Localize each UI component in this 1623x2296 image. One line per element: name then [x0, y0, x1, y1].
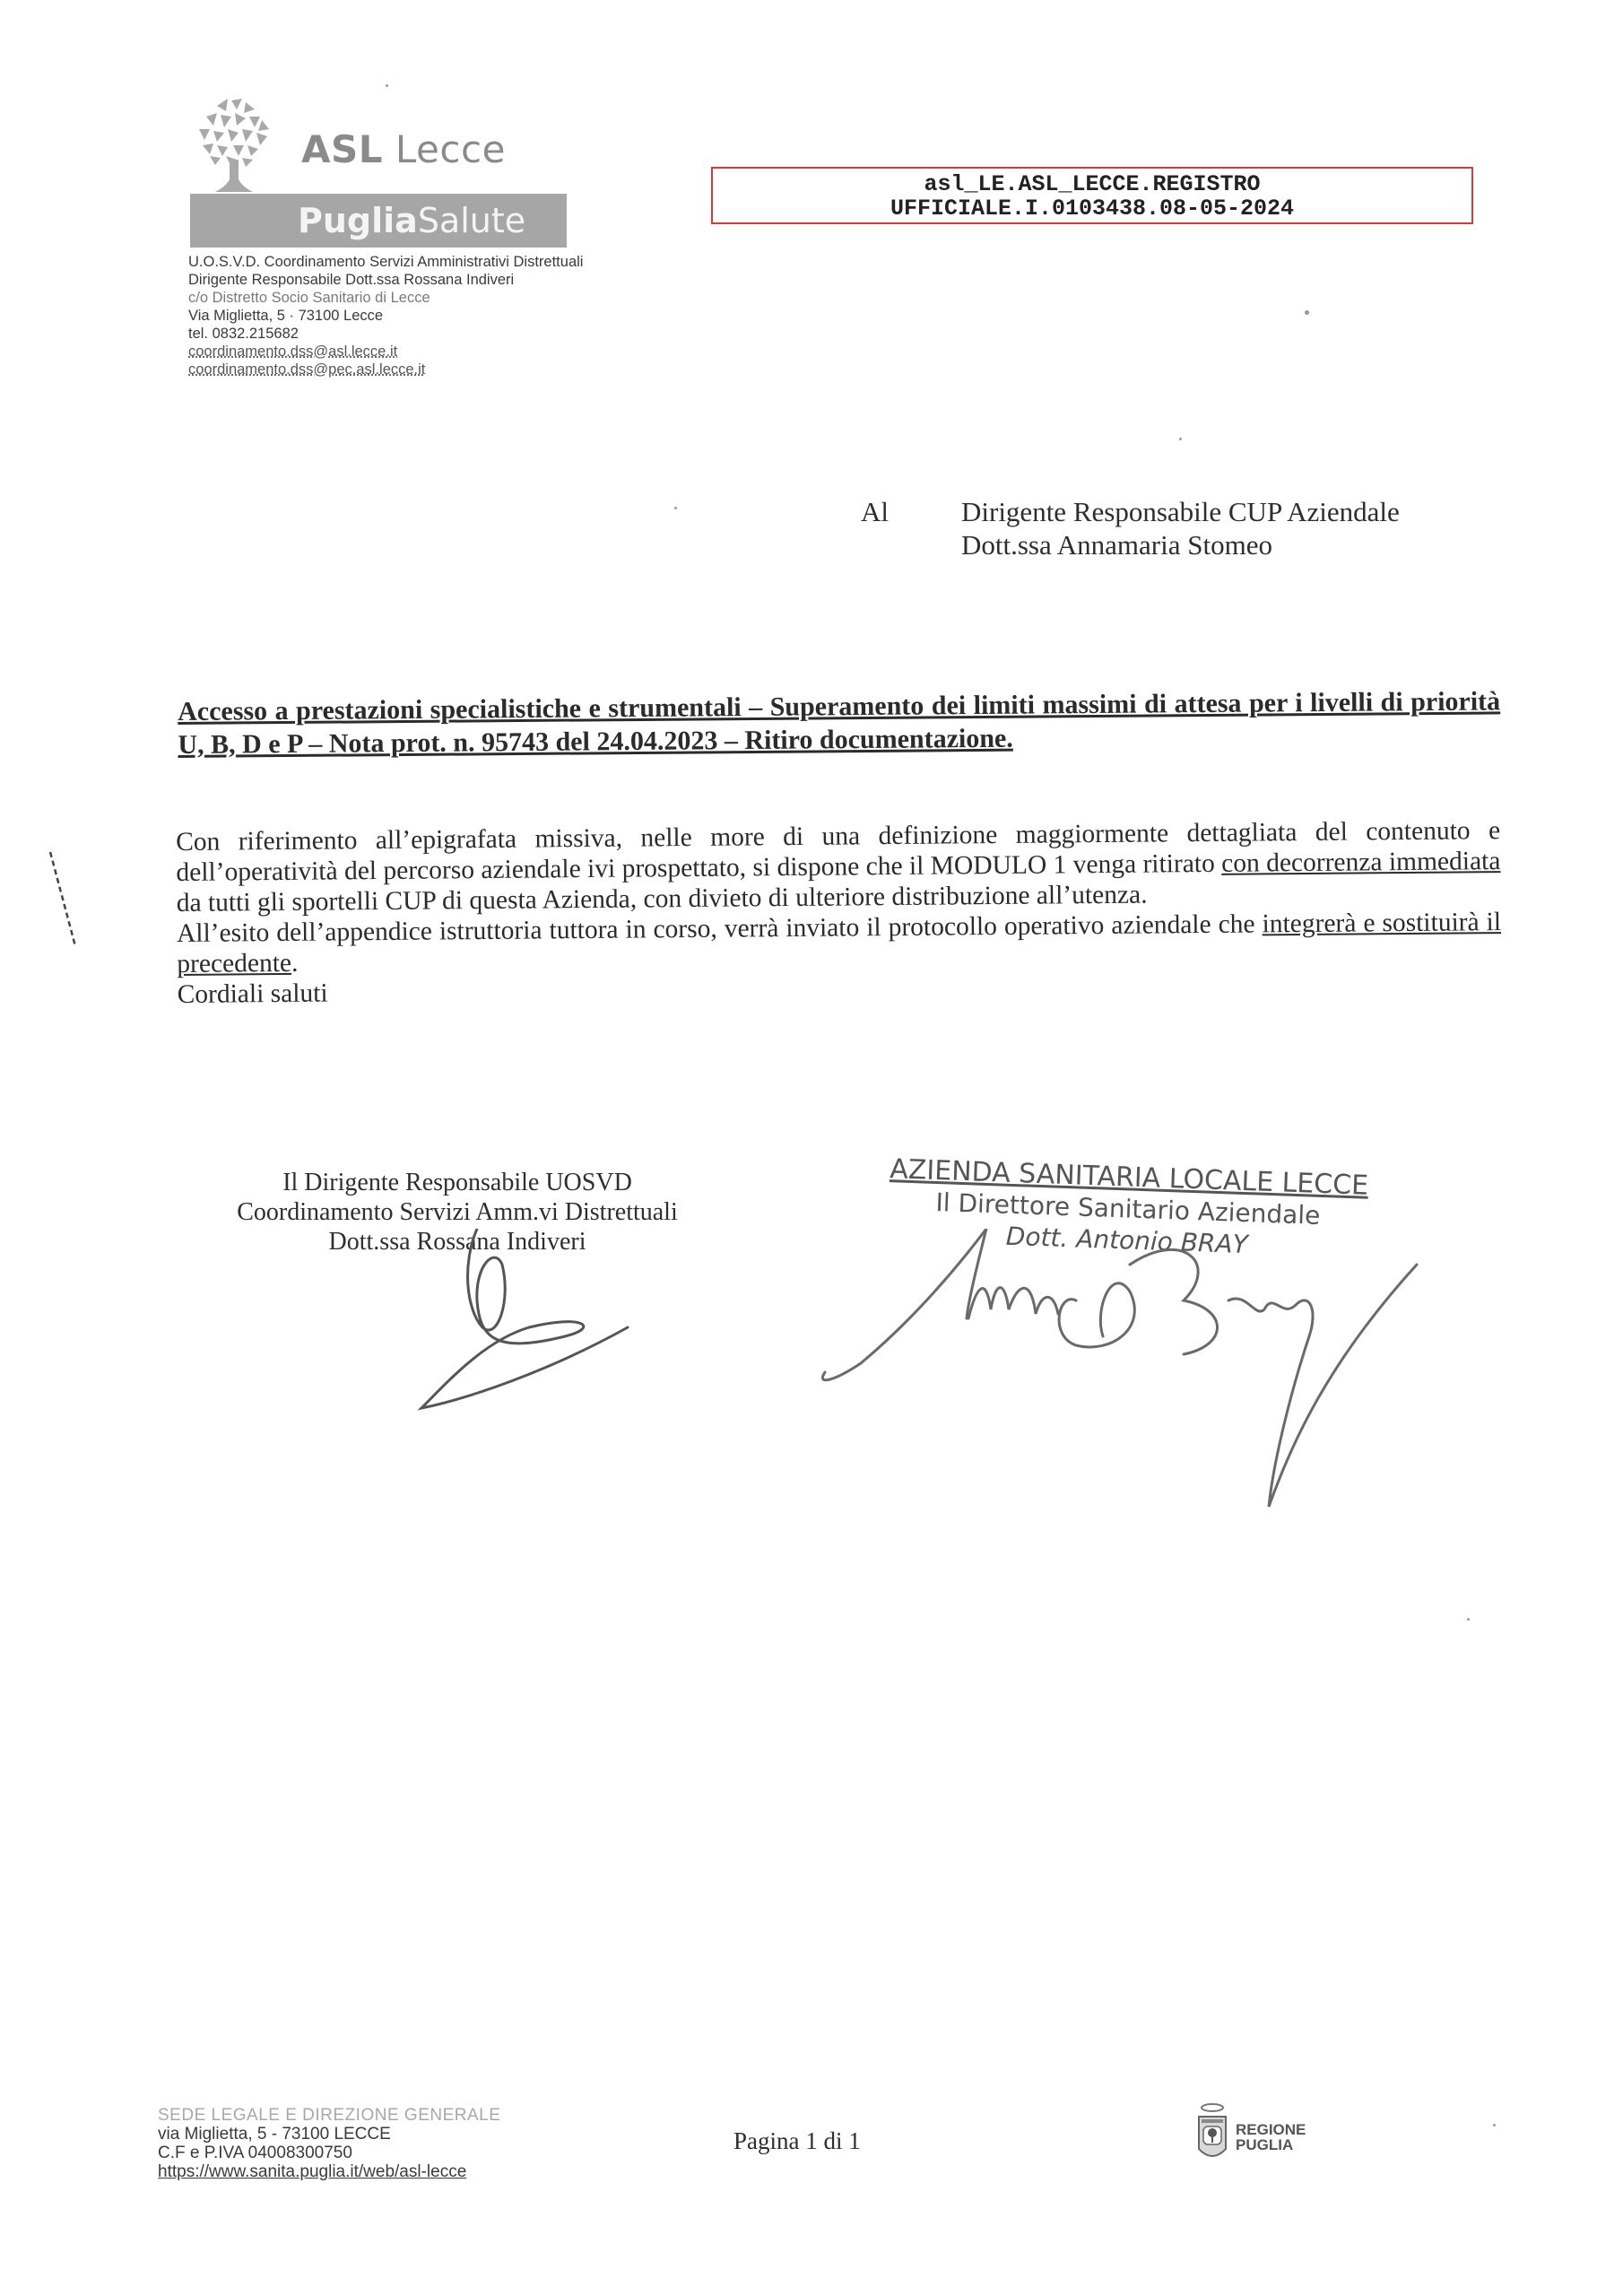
- sender-phone: tel. 0832.215682: [188, 325, 583, 343]
- scan-speck: [1305, 310, 1309, 315]
- sender-email-link[interactable]: coordinamento.dss@asl.lecce.it: [188, 343, 583, 361]
- sender-pec-link[interactable]: coordinamento.dss@pec.asl.lecce.it: [188, 361, 583, 378]
- sender-unit: U.O.S.V.D. Coordinamento Servizi Amminis…: [188, 253, 583, 271]
- footer-website-link[interactable]: https://www.sanita.puglia.it/web/asl-lec…: [158, 2162, 500, 2181]
- scan-speck: [1493, 2124, 1496, 2126]
- protocol-stamp: asl_LE.ASL_LECCE.REGISTRO UFFICIALE.I.01…: [711, 167, 1473, 224]
- margin-pen-mark: [45, 843, 81, 951]
- logo-name: ASL Lecce: [301, 127, 506, 171]
- body-paragraph-2: All’esito dell’appendice istruttoria tut…: [177, 907, 1502, 979]
- regione-crest-icon: [1196, 2102, 1228, 2165]
- tree-icon: [190, 97, 280, 196]
- footer-sede: SEDE LEGALE E DIREZIONE GENERALE: [158, 2106, 500, 2125]
- regione-puglia-logo: REGIONE PUGLIA: [1196, 2102, 1340, 2165]
- asl-lecce-logo: ASL Lecce PugliaSalute: [190, 97, 567, 249]
- letter-body: Con riferimento all’epigrafata missiva, …: [176, 815, 1502, 1010]
- footer-legal-block: SEDE LEGALE E DIREZIONE GENERALE via Mig…: [158, 2106, 500, 2181]
- emphasis-immediate: con decorrenza immediata: [1221, 847, 1501, 878]
- page-number: Pagina 1 di 1: [733, 2127, 861, 2155]
- handwritten-signature-left: [412, 1229, 646, 1426]
- sender-address: Via Miglietta, 5 · 73100 Lecce: [188, 307, 583, 325]
- recipient-title: Dirigente Responsabile CUP Aziendale: [961, 495, 1400, 528]
- protocol-line-1: asl_LE.ASL_LECCE.REGISTRO: [713, 172, 1471, 196]
- signer-left-role: Il Dirigente Responsabile UOSVD: [179, 1168, 735, 1197]
- subject-line: Accesso a prestazioni specialistiche e s…: [178, 684, 1501, 761]
- footer-tax-id: C.F e P.IVA 04008300750: [158, 2144, 500, 2162]
- scan-speck: [1467, 1618, 1470, 1621]
- scan-speck: [386, 84, 388, 87]
- sender-care-of: c/o Distretto Socio Sanitario di Lecce: [188, 289, 583, 307]
- sender-block: U.O.S.V.D. Coordinamento Servizi Amminis…: [188, 253, 583, 378]
- scan-speck: [1179, 438, 1182, 440]
- recipient-prefix: Al: [861, 495, 889, 528]
- handwritten-signature-right: [807, 1229, 1471, 1516]
- regione-text: REGIONE PUGLIA: [1236, 2122, 1306, 2152]
- signer-left-office: Coordinamento Servizi Amm.vi Distrettual…: [179, 1197, 735, 1227]
- footer-address: via Miglietta, 5 - 73100 LECCE: [158, 2125, 500, 2144]
- recipient-name: Dott.ssa Annamaria Stomeo: [961, 528, 1400, 561]
- sender-head: Dirigente Responsabile Dott.ssa Rossana …: [188, 271, 583, 289]
- logo-brand: PugliaSalute: [298, 201, 525, 240]
- scan-speck: [674, 507, 677, 509]
- body-paragraph-1: Con riferimento all’epigrafata missiva, …: [176, 815, 1501, 918]
- logo-brand-bar: PugliaSalute: [190, 194, 567, 248]
- protocol-line-2: UFFICIALE.I.0103438.08-05-2024: [713, 196, 1471, 221]
